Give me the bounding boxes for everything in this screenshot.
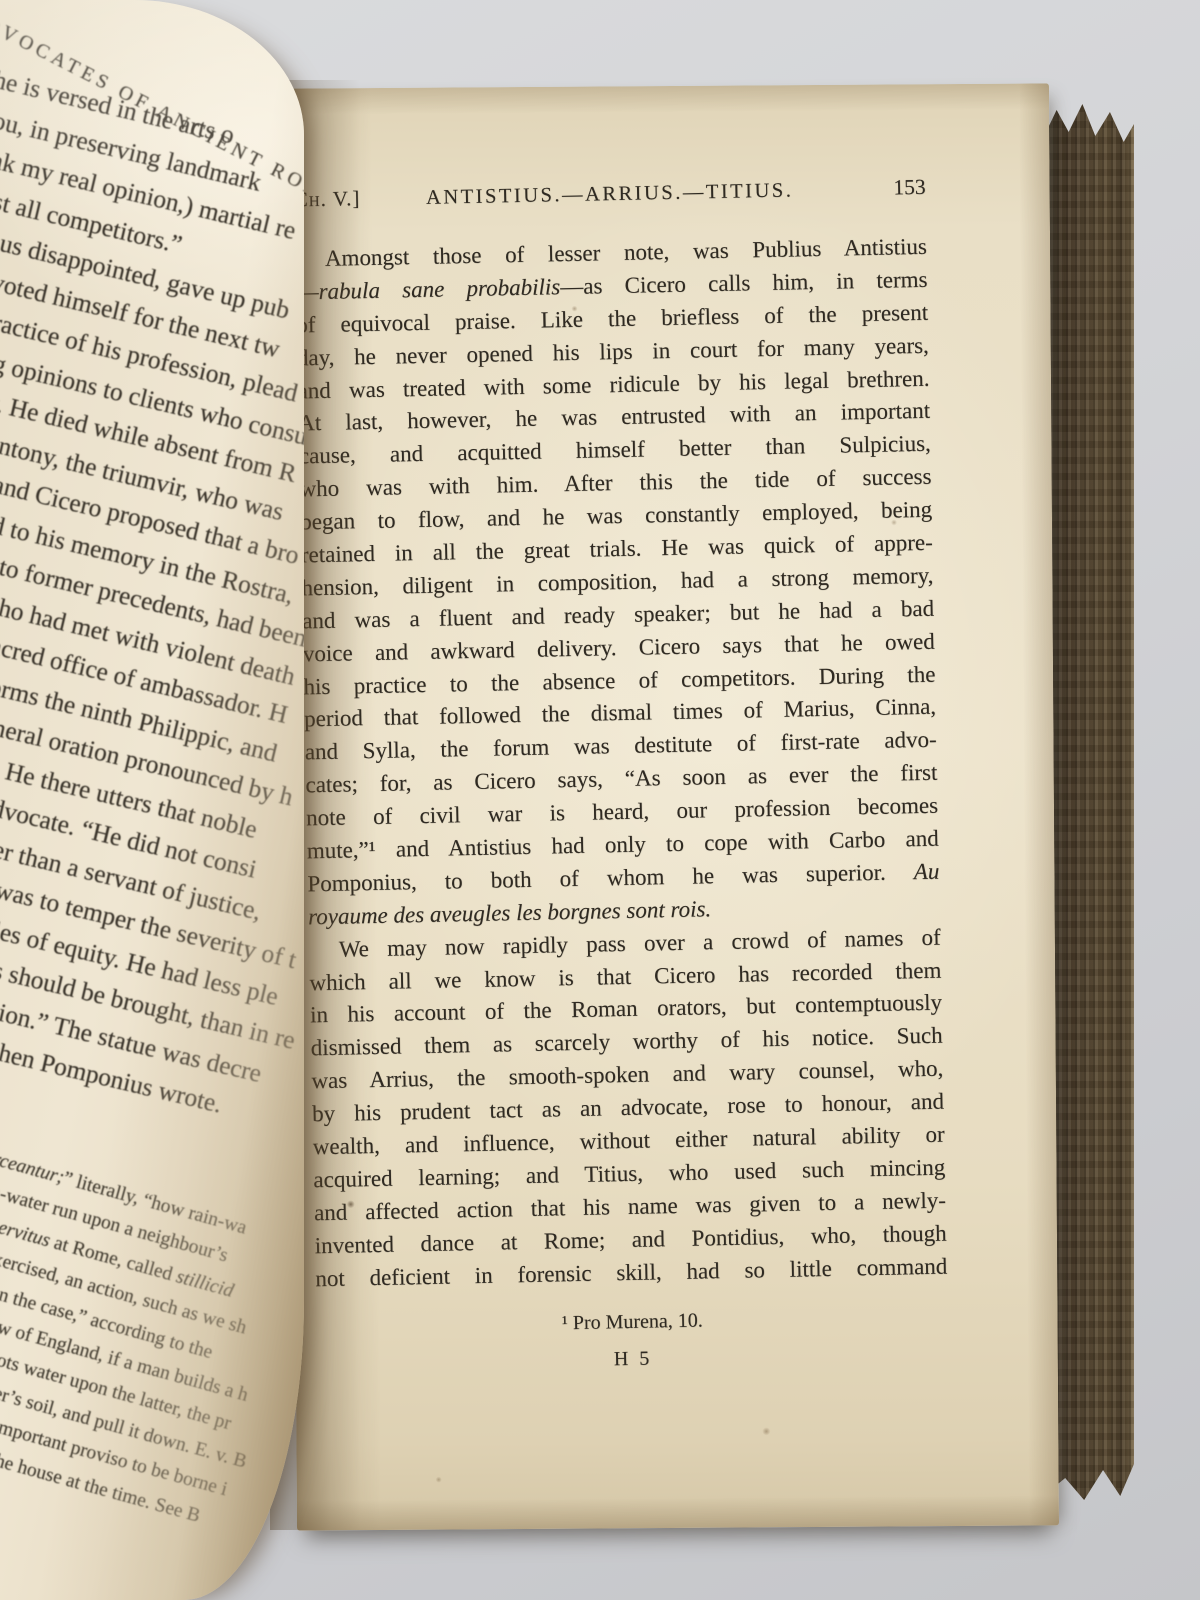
book-photo: Ch. V.] ANTISTIUS.—ARRIUS.—TITIUS. 153 A… [0,0,1200,1600]
left-page: ADVOCATES OF ANCIENT ROME ; he is versed… [0,0,304,1600]
page-header: Ch. V.] ANTISTIUS.—ARRIUS.—TITIUS. 153 [293,175,925,213]
signature-mark: H 5 [317,1342,949,1378]
left-page-text: ; he is versed in the arts oyou, in pres… [0,56,304,1069]
left-page-footnote: e arceantur;” literally, “how rain-warai… [0,1136,304,1470]
page-body: Amongst those of lesser note, was Publiu… [295,231,948,1296]
chapter-label: Ch. V.] [293,185,411,212]
footnote: ¹ Pro Murena, 10. [316,1305,948,1341]
right-page-content: Ch. V.] ANTISTIUS.—ARRIUS.—TITIUS. 153 A… [278,78,1069,1535]
right-page: Ch. V.] ANTISTIUS.—ARRIUS.—TITIUS. 153 A… [287,83,1059,1530]
page-number: 153 [807,175,925,202]
running-title: ANTISTIUS.—ARRIUS.—TITIUS. [412,179,808,210]
